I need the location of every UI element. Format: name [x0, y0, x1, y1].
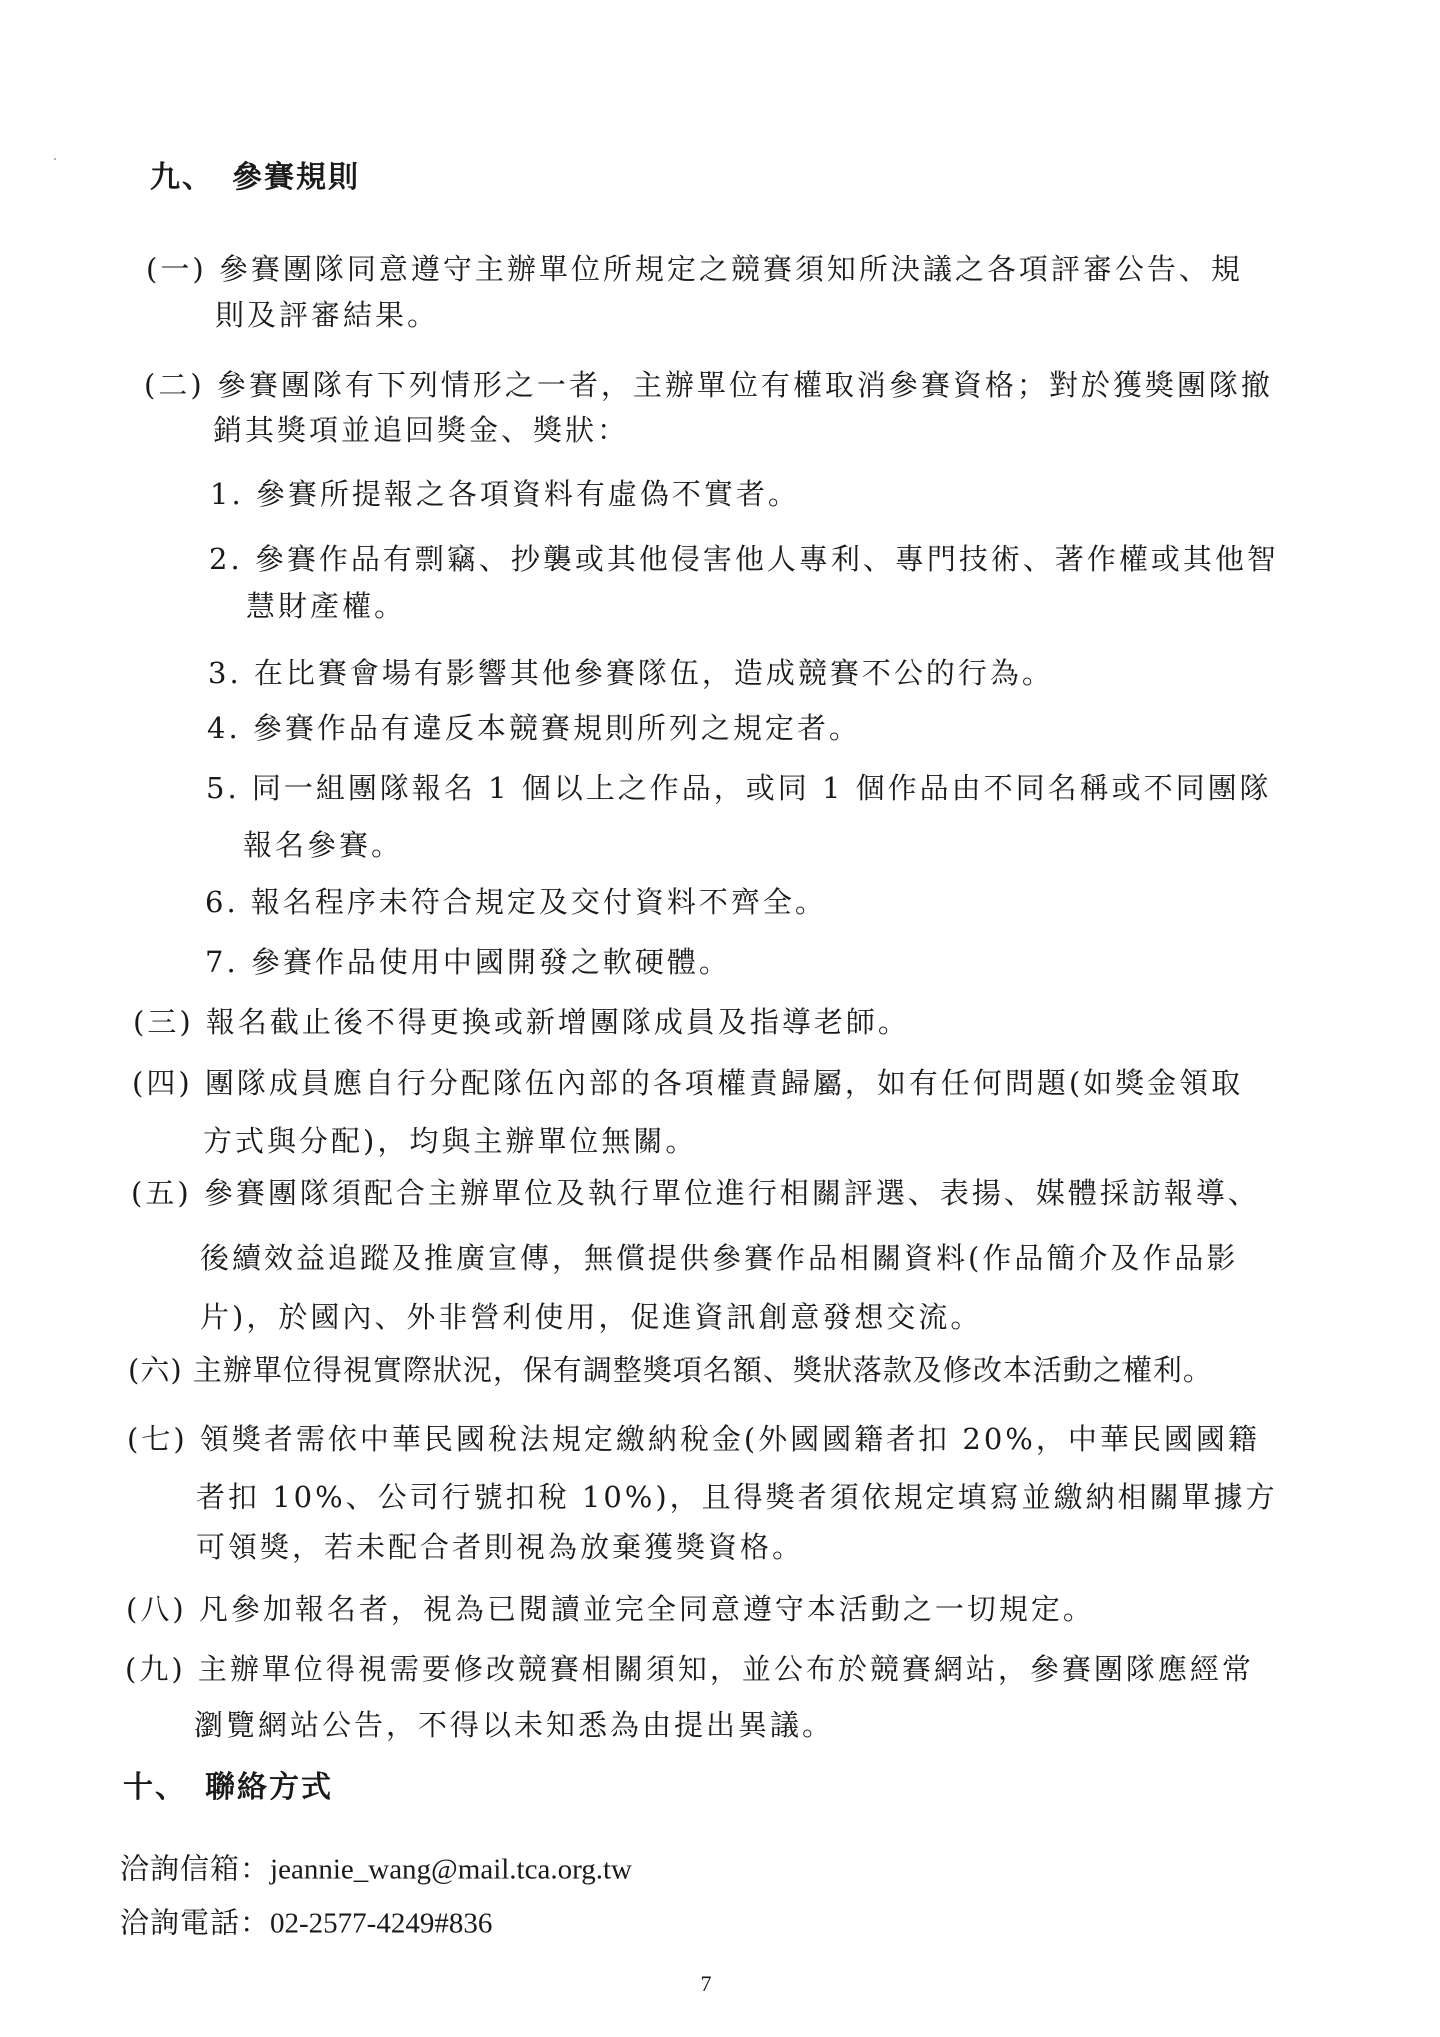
page-number: 7 — [701, 1971, 712, 1997]
item-label: (八) — [126, 1589, 187, 1629]
subitem-label: 3. — [208, 656, 242, 690]
subitem-label: 5. — [206, 771, 240, 805]
rule-item-8: (八) 凡參加報名者，視為已閱讀並完全同意遵守本活動之一切規定。 — [126, 1589, 1095, 1629]
section-9-heading: 九、參賽規則 — [150, 158, 360, 198]
item-text: 參賽團隊有下列情形之一者，主辦單位有權取消參賽資格；對於獲獎團隊撤 — [217, 368, 1273, 402]
item-label: (七) — [127, 1419, 188, 1459]
rule-item-7-cont-1: 者扣 10%、公司行號扣稅 10%)，且得獎者須依規定填寫並繳納相關單據方 — [196, 1477, 1278, 1517]
rule-item-4: (四) 團隊成員應自行分配隊伍內部的各項權責歸屬，如有任何問題(如獎金領取 — [132, 1063, 1243, 1103]
contact-email-row: 洽詢信箱：jeannie_wang@mail.tca.org.tw — [120, 1849, 632, 1890]
item-label: (四) — [132, 1063, 193, 1103]
rule-item-4-cont: 方式與分配)，均與主辦單位無關。 — [203, 1121, 697, 1161]
subitem-2-cont: 慧財產權。 — [246, 586, 406, 626]
rule-item-5-cont-1: 後續效益追蹤及推廣宣傳，無償提供參賽作品相關資料(作品簡介及作品影 — [200, 1238, 1238, 1278]
item-text: 報名截止後不得更換或新增團隊成員及指導老師。 — [206, 1005, 910, 1039]
email-label: 洽詢信箱： — [120, 1852, 270, 1886]
subitem-3: 3. 在比賽會場有影響其他參賽隊伍，造成競賽不公的行為。 — [208, 653, 1054, 693]
section-10-heading: 十、聯絡方式 — [123, 1768, 333, 1808]
rule-item-7: (七) 領獎者需依中華民國稅法規定繳納稅金(外國國籍者扣 20%，中華民國國籍 — [127, 1419, 1260, 1459]
item-label: (一) — [146, 249, 207, 289]
email-address[interactable]: jeannie_wang@mail.tca.org.tw — [270, 1854, 632, 1886]
subitem-text: 參賽作品有違反本競賽規則所列之規定者。 — [253, 711, 861, 745]
section-title: 參賽規則 — [232, 160, 360, 195]
phone-number: 02-2577-4249#836 — [270, 1908, 492, 1940]
subitem-1: 1. 參賽所提報之各項資料有虛偽不實者。 — [210, 474, 800, 514]
item-label: (二) — [144, 365, 205, 405]
contact-phone-row: 洽詢電話：02-2577-4249#836 — [120, 1903, 492, 1944]
item-label: (三) — [133, 1002, 194, 1042]
subitem-label: 2. — [209, 542, 243, 576]
rule-item-3: (三) 報名截止後不得更換或新增團隊成員及指導老師。 — [133, 1002, 910, 1042]
subitem-label: 6. — [205, 885, 239, 919]
rule-item-7-cont-2: 可領獎，若未配合者則視為放棄獲獎資格。 — [196, 1527, 804, 1567]
item-text: 主辦單位得視實際狀況，保有調整獎項名額、獎狀落款及修改本活動之權利。 — [193, 1353, 1213, 1387]
subitem-6: 6. 報名程序未符合規定及交付資料不齊全。 — [205, 882, 827, 922]
subitem-text: 參賽所提報之各項資料有虛偽不實者。 — [256, 477, 800, 511]
subitem-4: 4. 參賽作品有違反本競賽規則所列之規定者。 — [207, 708, 861, 748]
section-number: 九、 — [150, 158, 232, 198]
item-label: (五) — [131, 1173, 192, 1213]
subitem-text: 在比賽會場有影響其他參賽隊伍，造成競賽不公的行為。 — [254, 656, 1054, 690]
scan-speck — [1084, 395, 1086, 397]
item-text: 主辦單位得視需要修改競賽相關須知，並公布於競賽網站，參賽團隊應經常 — [198, 1652, 1254, 1686]
rule-item-9: (九) 主辦單位得視需要修改競賽相關須知，並公布於競賽網站，參賽團隊應經常 — [125, 1649, 1254, 1689]
subitem-2: 2. 參賽作品有剽竊、抄襲或其他侵害他人專利、專門技術、著作權或其他智 — [209, 539, 1279, 579]
item-text: 參賽團隊須配合主辦單位及執行單位進行相關評選、表揚、媒體採訪報導、 — [204, 1176, 1260, 1210]
rule-item-9-cont: 瀏覽網站公告，不得以未知悉為由提出異議。 — [194, 1705, 834, 1745]
section-title: 聯絡方式 — [205, 1770, 333, 1805]
item-text: 領獎者需依中華民國稅法規定繳納稅金(外國國籍者扣 20%，中華民國國籍 — [200, 1422, 1260, 1456]
subitem-7: 7. 參賽作品使用中國開發之軟硬體。 — [205, 942, 731, 982]
rule-item-2-cont: 銷其獎項並追回獎金、獎狀： — [213, 410, 629, 450]
rule-item-1-cont: 則及評審結果。 — [215, 295, 439, 335]
item-label: (九) — [125, 1649, 186, 1689]
subitem-label: 1. — [210, 477, 244, 511]
scan-speck — [54, 158, 56, 160]
phone-label: 洽詢電話： — [120, 1906, 270, 1940]
subitem-5: 5. 同一組團隊報名 1 個以上之作品，或同 1 個作品由不同名稱或不同團隊 — [206, 768, 1272, 808]
subitem-label: 7. — [205, 945, 239, 979]
subitem-5-cont: 報名參賽。 — [243, 825, 403, 865]
subitem-text: 參賽作品有剽竊、抄襲或其他侵害他人專利、專門技術、著作權或其他智 — [255, 542, 1279, 576]
item-text: 團隊成員應自行分配隊伍內部的各項權責歸屬，如有任何問題(如獎金領取 — [205, 1066, 1243, 1100]
subitem-label: 4. — [207, 711, 241, 745]
section-number: 十、 — [123, 1768, 205, 1808]
scan-speck — [1122, 1362, 1124, 1364]
rule-item-5-cont-2: 片)，於國內、外非營利使用，促進資訊創意發想交流。 — [200, 1297, 982, 1337]
subitem-text: 同一組團隊報名 1 個以上之作品，或同 1 個作品由不同名稱或不同團隊 — [252, 771, 1272, 805]
item-text: 參賽團隊同意遵守主辦單位所規定之競賽須知所決議之各項評審公告、規 — [219, 252, 1243, 286]
rule-item-2: (二) 參賽團隊有下列情形之一者，主辦單位有權取消參賽資格；對於獲獎團隊撤 — [144, 365, 1273, 405]
subitem-text: 報名程序未符合規定及交付資料不齊全。 — [251, 885, 827, 919]
rule-item-6: (六) 主辦單位得視實際狀況，保有調整獎項名額、獎狀落款及修改本活動之權利。 — [128, 1350, 1213, 1390]
rule-item-5: (五) 參賽團隊須配合主辦單位及執行單位進行相關評選、表揚、媒體採訪報導、 — [131, 1173, 1260, 1213]
rule-item-1: (一) 參賽團隊同意遵守主辦單位所規定之競賽須知所決議之各項評審公告、規 — [146, 249, 1243, 289]
subitem-text: 參賽作品使用中國開發之軟硬體。 — [251, 945, 731, 979]
item-label: (六) — [128, 1350, 183, 1390]
item-text: 凡參加報名者，視為已閱讀並完全同意遵守本活動之一切規定。 — [199, 1592, 1095, 1626]
